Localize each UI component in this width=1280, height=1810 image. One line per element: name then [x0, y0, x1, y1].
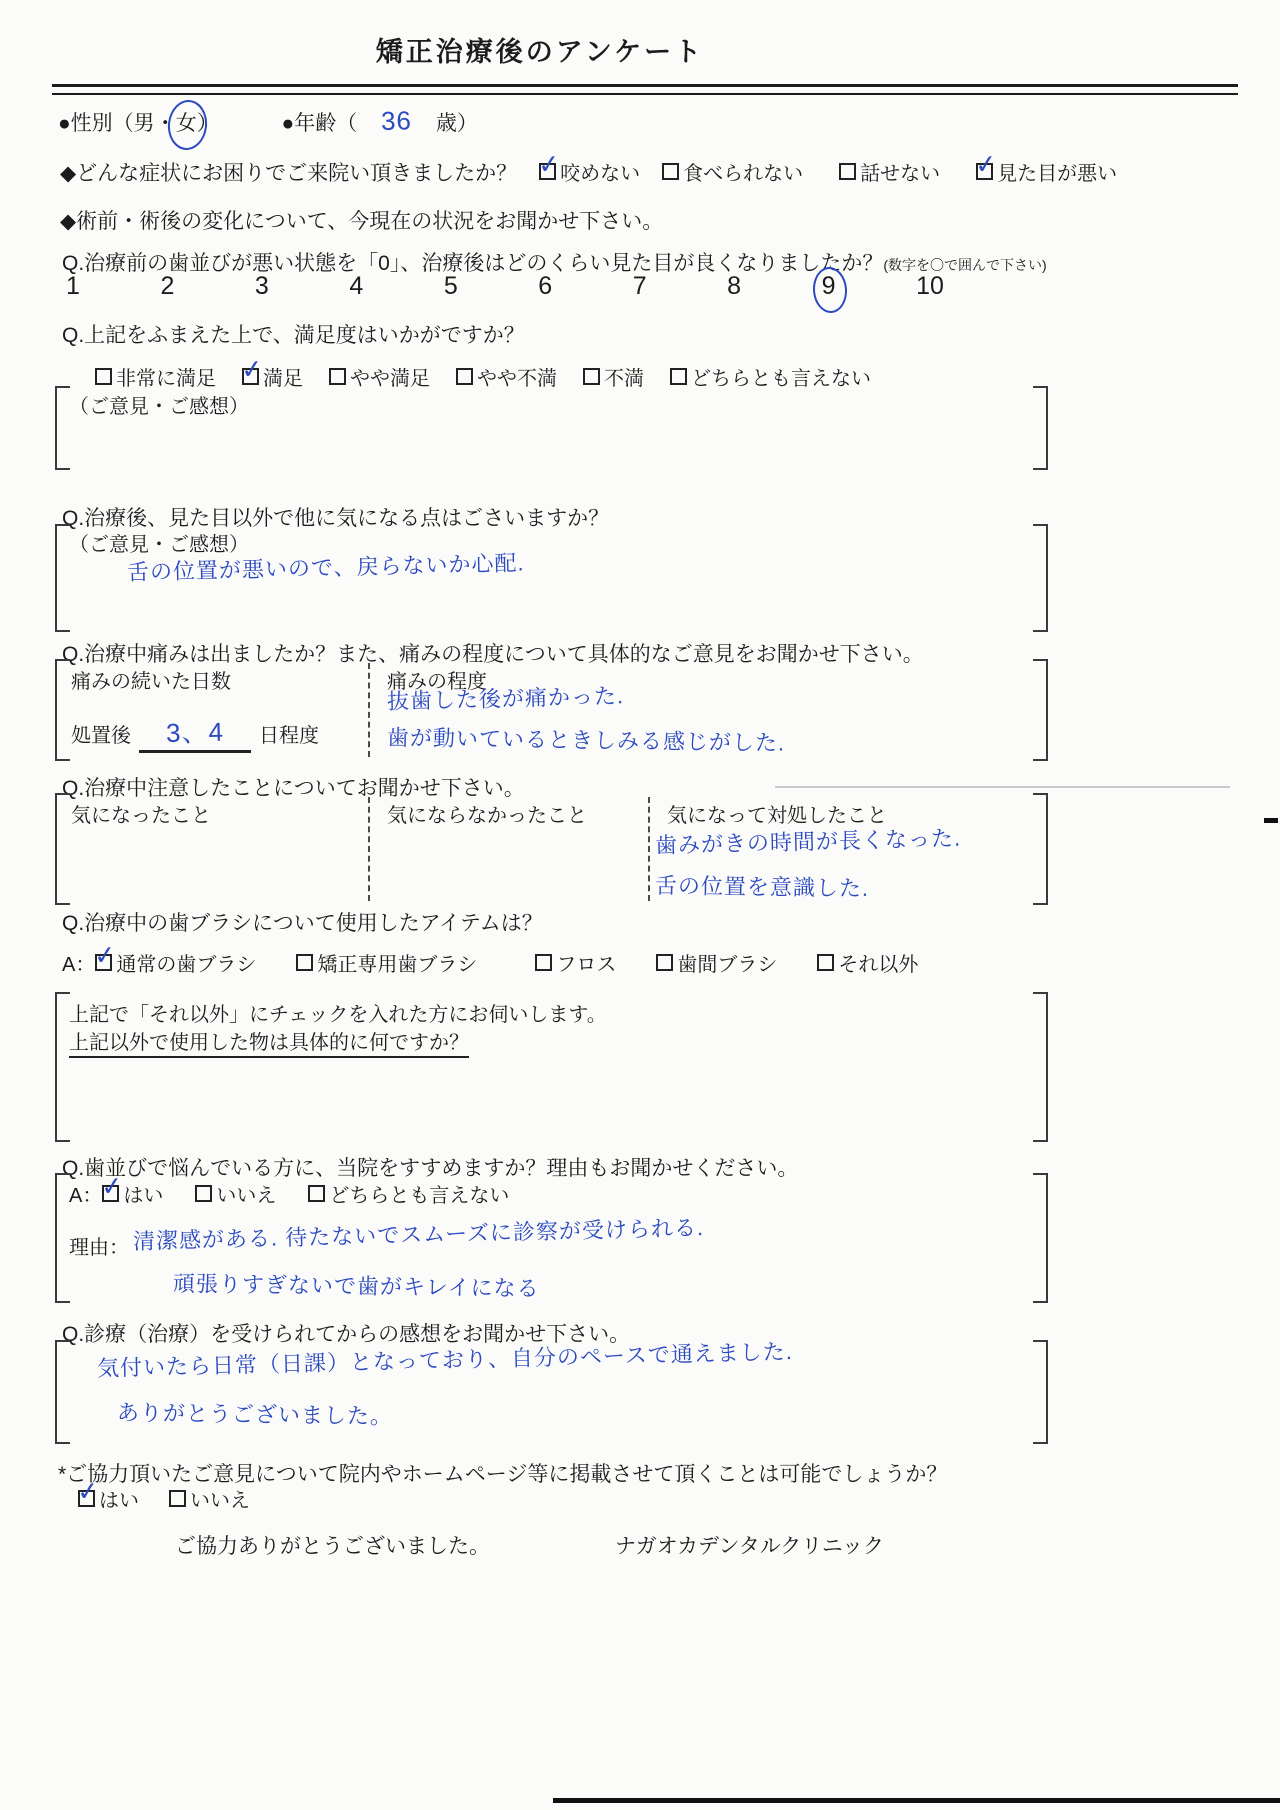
comment-box-label: （ご意見・ご感想） [69, 390, 249, 419]
page-title: 矯正治療後のアンケート [0, 30, 1080, 69]
toothbrush-answer: A：通常の歯ブラシ [62, 948, 256, 977]
impression-box[interactable]: 気付いたら日常（日課）となっており、自分のペースで通えました. ありがとうござい… [55, 1340, 1048, 1444]
toothbrush-option-label: 歯間ブラシ [677, 948, 777, 977]
scale-number-8[interactable]: 8 [727, 272, 741, 301]
scale-number-label: 8 [727, 272, 741, 300]
symptom-option-cannot-eat[interactable]: 食べられない [662, 157, 803, 186]
scale-number-7[interactable]: 7 [633, 272, 647, 301]
recommend-options-row: A：はい いいえ どちらとも言えない [69, 1179, 509, 1208]
age-suffix: 歳） [436, 112, 478, 135]
checkbox[interactable] [296, 954, 313, 971]
toothbrush-option-label: 通常の歯ブラシ [116, 948, 256, 977]
toothbrush-option-interdental[interactable]: 歯間ブラシ [656, 948, 777, 977]
attention-col1-header: 気になったこと [71, 799, 211, 828]
satisfaction-comment-box[interactable]: （ご意見・ご感想） [55, 386, 1048, 470]
satisfaction-question: Q.上記をふまえた上で、満足度はいかがですか？ [62, 319, 525, 349]
recommend-reason-label: 理由： [69, 1231, 129, 1260]
scale-numbers-row: 1 2 3 4 5 6 7 8 9 10 [66, 272, 944, 301]
impression-line2-handwritten: ありがとうございました。 [117, 1396, 393, 1431]
checkbox[interactable] [329, 368, 346, 385]
footer-clinic-name: ナガオカデンタルクリニック [615, 1530, 884, 1560]
checkbox[interactable] [535, 954, 552, 971]
symptoms-question: ◆どんな症状にお困りでご来院い頂きましたか？ [60, 157, 517, 187]
title-double-rule [52, 84, 1238, 95]
checkbox[interactable] [308, 1185, 325, 1202]
scale-number-label: 3 [255, 272, 269, 300]
publish-option-yes[interactable]: はい [78, 1484, 139, 1513]
publish-option-no[interactable]: いいえ [169, 1484, 250, 1513]
scale-number-9[interactable]: 9 [822, 272, 836, 301]
checkbox[interactable] [95, 954, 112, 971]
pain-degree-line2-handwritten: 歯が動いているときしみる感じがした. [387, 721, 786, 758]
toothbrush-options-row: A：通常の歯ブラシ 矯正専用歯ブラシ フロス 歯間ブラシ それ以外 [62, 948, 918, 977]
toothbrush-option-other[interactable]: それ以外 [817, 948, 918, 977]
scale-number-label: 2 [160, 272, 174, 300]
other-items-note1: 上記で「それ以外」にチェックを入れた方にお伺いします。 [69, 998, 607, 1027]
attention-col3-line1-handwritten: 歯みがきの時間が長くなった. [655, 822, 962, 860]
scale-note: (数字を〇で囲んで下さい) [883, 257, 1046, 273]
attention-col3-line2-handwritten: 舌の位置を意識した. [655, 869, 870, 903]
gender-option-female[interactable]: 女 [176, 107, 197, 137]
scan-mark-artifact [1264, 818, 1278, 823]
impression-line1-handwritten: 気付いたら日常（日課）となっており、自分のペースで通えました. [97, 1335, 794, 1383]
toothbrush-question: Q.治療中の歯ブラシについて使用したアイテムは？ [62, 907, 543, 937]
toothbrush-option-label: 矯正専用歯ブラシ [317, 948, 477, 977]
symptom-option-label: 見た目が悪い [997, 157, 1117, 186]
recommend-reason-line1-handwritten: 清潔感がある. 待たないでスムーズに診察が受けられる. [133, 1211, 705, 1256]
prepost-heading: ◆術前・術後の変化について、今現在の状況をお聞かせ下さい。 [60, 205, 663, 235]
checkbox[interactable] [195, 1185, 212, 1202]
recommend-answer-no[interactable]: いいえ [195, 1179, 276, 1208]
gender-label: ●性別（男 [58, 112, 155, 135]
pain-duration-value-handwritten: 3、4 [166, 712, 225, 750]
symptom-option-cannot-speak[interactable]: 話せない [839, 157, 940, 186]
publish-options-row: はい いいえ [78, 1484, 250, 1513]
pain-duration-prefix: 処置後 [71, 725, 131, 747]
attention-col2-header: 気にならなかったこと [387, 799, 587, 828]
attention-table-box[interactable]: 気になったこと 気にならなかったこと 気になって対処したこと 歯みがきの時間が長… [55, 793, 1048, 905]
symptom-option-cannot-bite[interactable]: 咬めない [539, 157, 640, 186]
scale-number-10[interactable]: 10 [916, 272, 944, 301]
recommend-option-label: いいえ [216, 1179, 276, 1208]
scanned-survey-page: 矯正治療後のアンケート ●性別（男・女） ●年齢（ 36 歳） ◆どんな症状にお… [0, 0, 1280, 1810]
pen-circle-annotation [165, 98, 209, 152]
scale-number-5[interactable]: 5 [444, 272, 458, 301]
column-divider [368, 797, 370, 901]
comment-box-label: （ご意見・ご感想） [69, 528, 249, 557]
toothbrush-option-label: それ以外 [838, 948, 918, 977]
column-divider [368, 663, 370, 757]
recommend-answer-neither[interactable]: どちらとも言えない [308, 1179, 509, 1208]
checkbox[interactable] [78, 1490, 95, 1507]
checkbox[interactable] [656, 954, 673, 971]
scan-edge-artifact [553, 1798, 1280, 1803]
recommend-box[interactable]: A：はい いいえ どちらとも言えない 理由： 清潔感がある. 待たないでスムーズ… [55, 1173, 1048, 1303]
publish-option-label: はい [99, 1484, 139, 1513]
other-concerns-comment-box[interactable]: （ご意見・ご感想） 舌の位置が悪いので、戻らないか心配. [55, 524, 1048, 632]
checkbox[interactable] [102, 1185, 119, 1202]
scan-line-artifact [775, 786, 1230, 788]
pen-circle-annotation [811, 266, 848, 314]
other-items-box[interactable]: 上記で「それ以外」にチェックを入れた方にお伺いします。 上記以外で使用した物は具… [55, 992, 1048, 1142]
checkbox[interactable] [662, 163, 679, 180]
recommend-option-label: どちらとも言えない [329, 1179, 509, 1208]
scale-number-6[interactable]: 6 [538, 272, 552, 301]
pain-duration-header: 痛みの続いた日数 [71, 665, 231, 694]
pain-table-box[interactable]: 痛みの続いた日数 処置後3、4日程度 痛みの程度 抜歯した後が痛かった. 歯が動… [55, 659, 1048, 761]
scale-number-label: 4 [349, 272, 363, 300]
checkbox[interactable] [242, 368, 259, 385]
toothbrush-option-label: フロス [556, 948, 616, 977]
pain-degree-line1-handwritten: 抜歯した後が痛かった. [387, 679, 625, 716]
checkbox[interactable] [456, 368, 473, 385]
scale-number-4[interactable]: 4 [349, 272, 363, 301]
answer-prefix: A： [69, 1179, 102, 1208]
checkbox[interactable] [539, 163, 556, 180]
scale-number-label: 7 [633, 272, 647, 300]
publish-option-label: いいえ [190, 1484, 250, 1513]
age-value-handwritten: 36 [381, 105, 413, 137]
checkbox[interactable] [670, 368, 687, 385]
age-label: ●年齢（ [282, 112, 358, 135]
checkbox[interactable] [839, 163, 856, 180]
checkbox[interactable] [583, 368, 600, 385]
symptoms-row: ◆どんな症状にお困りでご来院い頂きましたか？ 咬めない 食べられない 話せない … [60, 157, 1117, 187]
scale-number-label: 6 [538, 272, 552, 300]
scale-number-label: 10 [916, 272, 944, 300]
symptom-option-label: 咬めない [560, 157, 640, 186]
checkbox[interactable] [169, 1490, 186, 1507]
scale-number-3[interactable]: 3 [255, 272, 269, 301]
other-items-note2: 上記以外で使用した物は具体的に何ですか？ [69, 1026, 469, 1058]
recommend-option-label: はい [123, 1179, 163, 1208]
scale-number-label: 1 [66, 272, 80, 300]
toothbrush-option-floss[interactable]: フロス [535, 948, 616, 977]
scale-number-label: 5 [444, 272, 458, 300]
footer-thanks: ご協力ありがとうございました。 [175, 1530, 490, 1560]
scale-number-1[interactable]: 1 [66, 272, 80, 301]
pain-duration-line: 処置後3、4日程度 [71, 713, 319, 753]
recommend-reason-line2-handwritten: 頑張りすぎないで歯がキレイになる [173, 1267, 540, 1303]
symptom-option-bad-appearance[interactable]: 見た目が悪い [976, 157, 1117, 186]
profile-line: ●性別（男・女） ●年齢（ 36 歳） [58, 106, 478, 137]
answer-prefix: A： [62, 948, 95, 977]
pain-duration-suffix: 日程度 [259, 725, 319, 747]
checkbox[interactable] [817, 954, 834, 971]
column-divider [648, 797, 650, 901]
toothbrush-option-ortho-brush[interactable]: 矯正専用歯ブラシ [296, 948, 477, 977]
pain-duration-underline: 3、4 [139, 713, 251, 753]
checkbox[interactable] [95, 368, 112, 385]
checkbox[interactable] [976, 163, 993, 180]
symptom-option-label: 話せない [860, 157, 940, 186]
scale-number-2[interactable]: 2 [160, 272, 174, 301]
symptom-option-label: 食べられない [683, 157, 803, 186]
recommend-answer-yes[interactable]: A：はい [69, 1179, 163, 1208]
